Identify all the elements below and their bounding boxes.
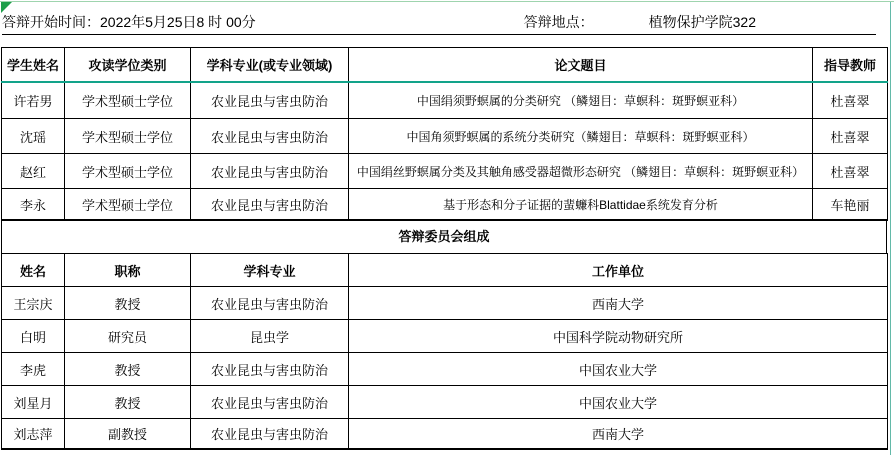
cell-member-title: 教授 (65, 287, 191, 320)
cell-member-name: 李虎 (2, 353, 65, 386)
col-header-member-name: 姓名 (2, 254, 65, 287)
cell-thesis-title: 中国绢丝野螟属分类及其触角感受器超微形态研究 （鳞翅目：草螟科：斑野螟亚科） (349, 154, 813, 189)
cell-degree-type: 学术型硕士学位 (65, 119, 191, 154)
cell-major: 农业昆虫与害虫防治 (191, 82, 349, 119)
committee-row: 白明 研究员 昆虫学 中国科学院动物研究所 (2, 320, 888, 353)
cell-member-major: 农业昆虫与害虫防治 (191, 386, 349, 419)
cell-member-title: 教授 (65, 353, 191, 386)
cell-member-name: 白明 (2, 320, 65, 353)
cell-advisor: 车艳丽 (813, 189, 888, 221)
cell-member-name: 刘志萍 (2, 419, 65, 450)
cell-advisor: 杜喜翠 (813, 82, 888, 119)
col-header-member-major: 学科专业 (191, 254, 349, 287)
cell-member-organization: 中国农业大学 (349, 353, 888, 386)
cell-major: 农业昆虫与害虫防治 (191, 119, 349, 154)
green-corner-marker-icon (1, 2, 12, 13)
students-table: 学生姓名 攻读学位类别 学科专业(或专业领域) 论文题目 指导教师 许若男 学术… (1, 47, 888, 221)
cell-member-organization: 西南大学 (349, 287, 888, 320)
cell-major: 农业昆虫与害虫防治 (191, 189, 349, 221)
col-header-thesis-title: 论文题目 (349, 48, 813, 83)
defense-place-value: 植物保护学院322 (649, 12, 756, 32)
cell-thesis-title: 基于形态和分子证据的蜚蠊科Blattidae系统发育分析 (349, 189, 813, 221)
committee-table-header-row: 姓名 职称 学科专业 工作单位 (2, 254, 888, 287)
cell-member-organization: 西南大学 (349, 419, 888, 450)
student-row: 李永 学术型硕士学位 农业昆虫与害虫防治 基于形态和分子证据的蜚蠊科Blatti… (2, 189, 888, 221)
cell-student-name: 许若男 (2, 82, 65, 119)
cell-thesis-title: 中国绢须野螟属的分类研究 （鳞翅目：草螟科：斑野螟亚科） (349, 82, 813, 119)
cell-member-organization: 中国农业大学 (349, 386, 888, 419)
col-header-degree-type: 攻读学位类别 (65, 48, 191, 83)
sheet-right-gridline (890, 2, 891, 455)
cell-member-name: 王宗庆 (2, 287, 65, 320)
cell-member-major: 昆虫学 (191, 320, 349, 353)
students-table-header-row: 学生姓名 攻读学位类别 学科专业(或专业领域) 论文题目 指导教师 (2, 48, 888, 83)
committee-row: 李虎 教授 农业昆虫与害虫防治 中国农业大学 (2, 353, 888, 386)
defense-time-value: 2022年5月25日8 时 00分 (100, 14, 256, 30)
committee-row: 刘志萍 副教授 农业昆虫与害虫防治 西南大学 (2, 419, 888, 450)
col-header-member-organization: 工作单位 (349, 254, 888, 287)
cell-thesis-title: 中国角须野螟属的系统分类研究（鳞翅目：草螟科：斑野螟亚科） (349, 119, 813, 154)
cell-advisor: 杜喜翠 (813, 119, 888, 154)
sheet-top-gridline (0, 1, 894, 2)
cell-student-name: 李永 (2, 189, 65, 221)
committee-row: 王宗庆 教授 农业昆虫与害虫防治 西南大学 (2, 287, 888, 320)
col-header-member-title: 职称 (65, 254, 191, 287)
committee-table: 姓名 职称 学科专业 工作单位 王宗庆 教授 农业昆虫与害虫防治 西南大学 白明… (1, 253, 888, 450)
cell-member-title: 研究员 (65, 320, 191, 353)
cell-member-major: 农业昆虫与害虫防治 (191, 419, 349, 450)
cell-degree-type: 学术型硕士学位 (65, 154, 191, 189)
cell-member-title: 教授 (65, 386, 191, 419)
committee-row: 刘星月 教授 农业昆虫与害虫防治 中国农业大学 (2, 386, 888, 419)
cell-member-major: 农业昆虫与害虫防治 (191, 287, 349, 320)
student-row: 赵红 学术型硕士学位 农业昆虫与害虫防治 中国绢丝野螟属分类及其触角感受器超微形… (2, 154, 888, 189)
defense-place-label: 答辩地点： (524, 12, 594, 32)
cell-member-major: 农业昆虫与害虫防治 (191, 353, 349, 386)
col-header-major: 学科专业(或专业领域) (191, 48, 349, 83)
col-header-advisor: 指导教师 (813, 48, 888, 83)
cell-degree-type: 学术型硕士学位 (65, 82, 191, 119)
student-row: 许若男 学术型硕士学位 农业昆虫与害虫防治 中国绢须野螟属的分类研究 （鳞翅目：… (2, 82, 888, 119)
student-row: 沈瑶 学术型硕士学位 农业昆虫与害虫防治 中国角须野螟属的系统分类研究（鳞翅目：… (2, 119, 888, 154)
cell-member-name: 刘星月 (2, 386, 65, 419)
cell-student-name: 赵红 (2, 154, 65, 189)
defense-place: 答辩地点： 植物保护学院322 (524, 12, 756, 32)
defense-time: 答辩开始时间：2022年5月25日8 时 00分 (2, 12, 256, 32)
header-info-line: 答辩开始时间：2022年5月25日8 时 00分 答辩地点： 植物保护学院322 (2, 6, 876, 35)
cell-student-name: 沈瑶 (2, 119, 65, 154)
defense-time-label: 答辩开始时间： (2, 14, 100, 30)
defense-schedule-document: 答辩开始时间：2022年5月25日8 时 00分 答辩地点： 植物保护学院322… (0, 0, 894, 455)
col-header-student-name: 学生姓名 (2, 48, 65, 83)
cell-degree-type: 学术型硕士学位 (65, 189, 191, 221)
cell-member-title: 副教授 (65, 419, 191, 450)
committee-section-title: 答辩委员会组成 (1, 221, 887, 253)
cell-major: 农业昆虫与害虫防治 (191, 154, 349, 189)
cell-member-organization: 中国科学院动物研究所 (349, 320, 888, 353)
cell-advisor: 杜喜翠 (813, 154, 888, 189)
